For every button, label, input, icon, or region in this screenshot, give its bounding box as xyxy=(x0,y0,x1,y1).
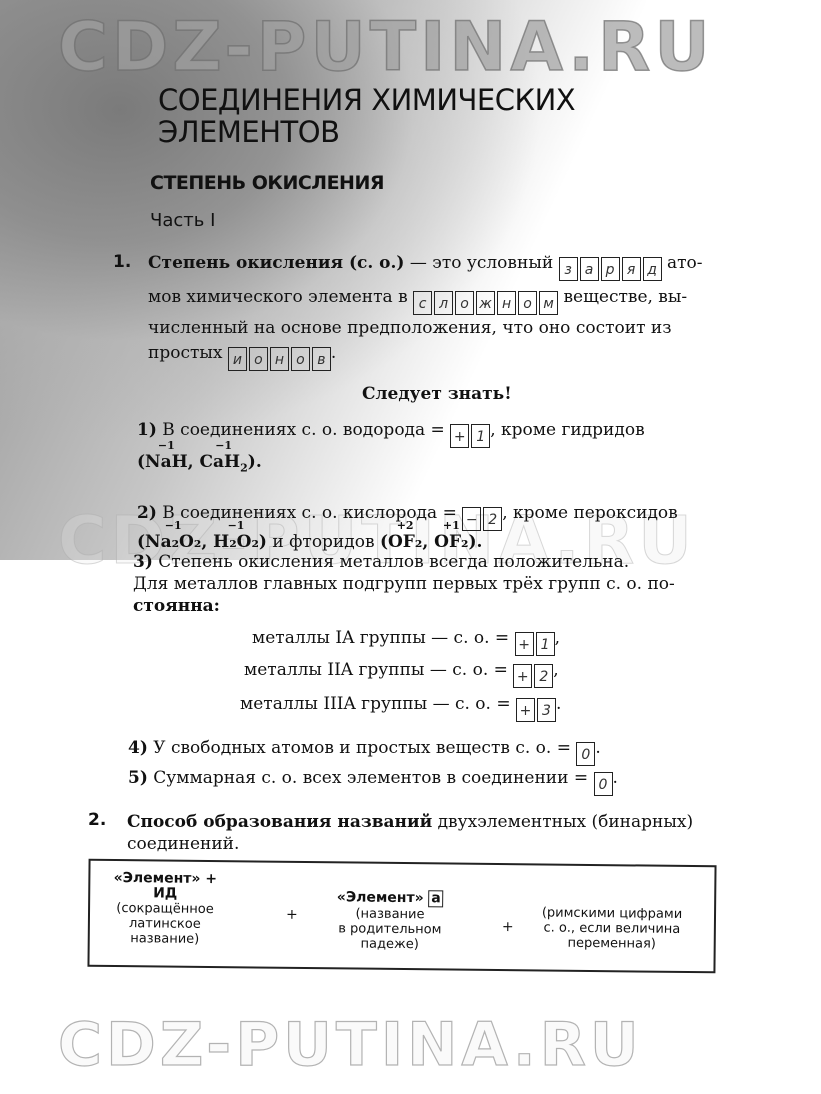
rule3-line1: 3) Степень окисления металлов всегда пол… xyxy=(133,552,629,572)
answer-cell[interactable]: о xyxy=(249,347,268,371)
task2-line2: соединений. xyxy=(127,834,239,854)
rule1-line1: 1) В соединениях с. о. водорода = +1, кр… xyxy=(137,420,645,448)
answer-cells-1[interactable]: заряд xyxy=(559,257,662,281)
group-answer[interactable]: +3 xyxy=(516,698,556,722)
group-answer[interactable]: +2 xyxy=(513,664,553,688)
answer-cell[interactable]: + xyxy=(513,664,532,688)
rule1-formulas: (NaH−1, CaH2−1). xyxy=(137,452,262,474)
task1-number: 1. xyxy=(113,252,131,272)
rule2-answer[interactable]: −2 xyxy=(462,507,502,531)
group-answer[interactable]: +1 xyxy=(515,632,555,656)
rule5: 5) Суммарная с. о. всех элементов в соед… xyxy=(128,768,618,796)
answer-cell[interactable]: м xyxy=(539,291,558,315)
task2-number: 2. xyxy=(88,810,106,830)
answer-cell[interactable]: + xyxy=(450,424,469,448)
answer-cell[interactable]: о xyxy=(455,291,474,315)
plus-sign-1: + xyxy=(286,907,298,923)
answer-cells-3[interactable]: ионов xyxy=(228,347,331,371)
answer-cell[interactable]: 2 xyxy=(483,507,502,531)
answer-cell[interactable]: 1 xyxy=(471,424,490,448)
answer-cell[interactable]: а xyxy=(580,257,599,281)
metal-group-row: металлы IIIA группы — с. о. = +3. xyxy=(240,694,561,722)
answer-cell[interactable]: ж xyxy=(476,291,495,315)
naming-scheme-box: «Элемент» + ИД (сокращённое латинское на… xyxy=(87,859,716,974)
answer-cell[interactable]: + xyxy=(516,698,535,722)
scheme-col-3: (римскими цифрами с. о., если величина п… xyxy=(522,905,702,952)
rule3-line2: Для металлов главных подгрупп первых трё… xyxy=(133,574,675,594)
answer-cell[interactable]: + xyxy=(515,632,534,656)
task1-line4: простых ионов. xyxy=(148,343,336,371)
metal-group-row: металлы IIA группы — с. о. = +2, xyxy=(244,660,559,688)
task2-line1: Способ образования названий двухэлементн… xyxy=(127,812,693,832)
part-label: Часть I xyxy=(150,210,215,231)
section-title: СТЕПЕНЬ ОКИСЛЕНИЯ xyxy=(150,172,384,194)
scheme-col-1: «Элемент» + ИД (сокращённое латинское на… xyxy=(100,871,231,947)
answer-cell[interactable]: 0 xyxy=(576,742,595,766)
task1-line2: мов химического элемента в сложном вещес… xyxy=(148,287,687,315)
watermark-top: CDZ-PUTINA.RU xyxy=(58,8,714,87)
answer-cell[interactable]: я xyxy=(622,257,641,281)
chapter-title: СОЕДИНЕНИЯ ХИМИЧЕСКИХ ЭЛЕМЕНТОВ xyxy=(158,84,575,148)
answer-cell[interactable]: д xyxy=(643,257,662,281)
answer-cells-2[interactable]: сложном xyxy=(413,291,558,315)
rule2-formulas: (Na₂O₂−1, H₂O₂−1) и фторидов (OF₂+2, OF₂… xyxy=(137,532,482,552)
answer-cell[interactable]: − xyxy=(462,507,481,531)
answer-cell[interactable]: 2 xyxy=(534,664,553,688)
plus-sign-2: + xyxy=(502,919,514,935)
answer-cell[interactable]: р xyxy=(601,257,620,281)
rule3-line3: стоянна: xyxy=(133,596,220,616)
answer-cell[interactable]: з xyxy=(559,257,578,281)
answer-cell[interactable]: в xyxy=(312,347,331,371)
answer-cell[interactable]: н xyxy=(270,347,289,371)
answer-cell[interactable]: о xyxy=(291,347,310,371)
answer-cell[interactable]: с xyxy=(413,291,432,315)
watermark-bottom: CDZ-PUTINA.RU xyxy=(58,1010,643,1080)
metal-group-row: металлы IA группы — с. о. = +1, xyxy=(252,628,560,656)
rule1-answer[interactable]: +1 xyxy=(450,424,490,448)
answer-cell[interactable]: 1 xyxy=(536,632,555,656)
answer-cell[interactable]: о xyxy=(518,291,537,315)
know-heading: Следует знать! xyxy=(362,384,512,404)
task1-line3: численный на основе предположения, что о… xyxy=(148,318,671,338)
answer-cell[interactable]: 3 xyxy=(537,698,556,722)
rule4: 4) У свободных атомов и простых веществ … xyxy=(128,738,601,766)
answer-cell[interactable]: и xyxy=(228,347,247,371)
task1-line1: Степень окисления (с. о.) — это условный… xyxy=(148,253,703,281)
answer-cell[interactable]: 0 xyxy=(594,772,613,796)
rule5-answer[interactable]: 0 xyxy=(594,772,613,796)
scheme-col-2: «Элемент» а (название в родительном паде… xyxy=(320,889,461,952)
answer-cell[interactable]: н xyxy=(497,291,516,315)
answer-cell[interactable]: л xyxy=(434,291,453,315)
rule4-answer[interactable]: 0 xyxy=(576,742,595,766)
